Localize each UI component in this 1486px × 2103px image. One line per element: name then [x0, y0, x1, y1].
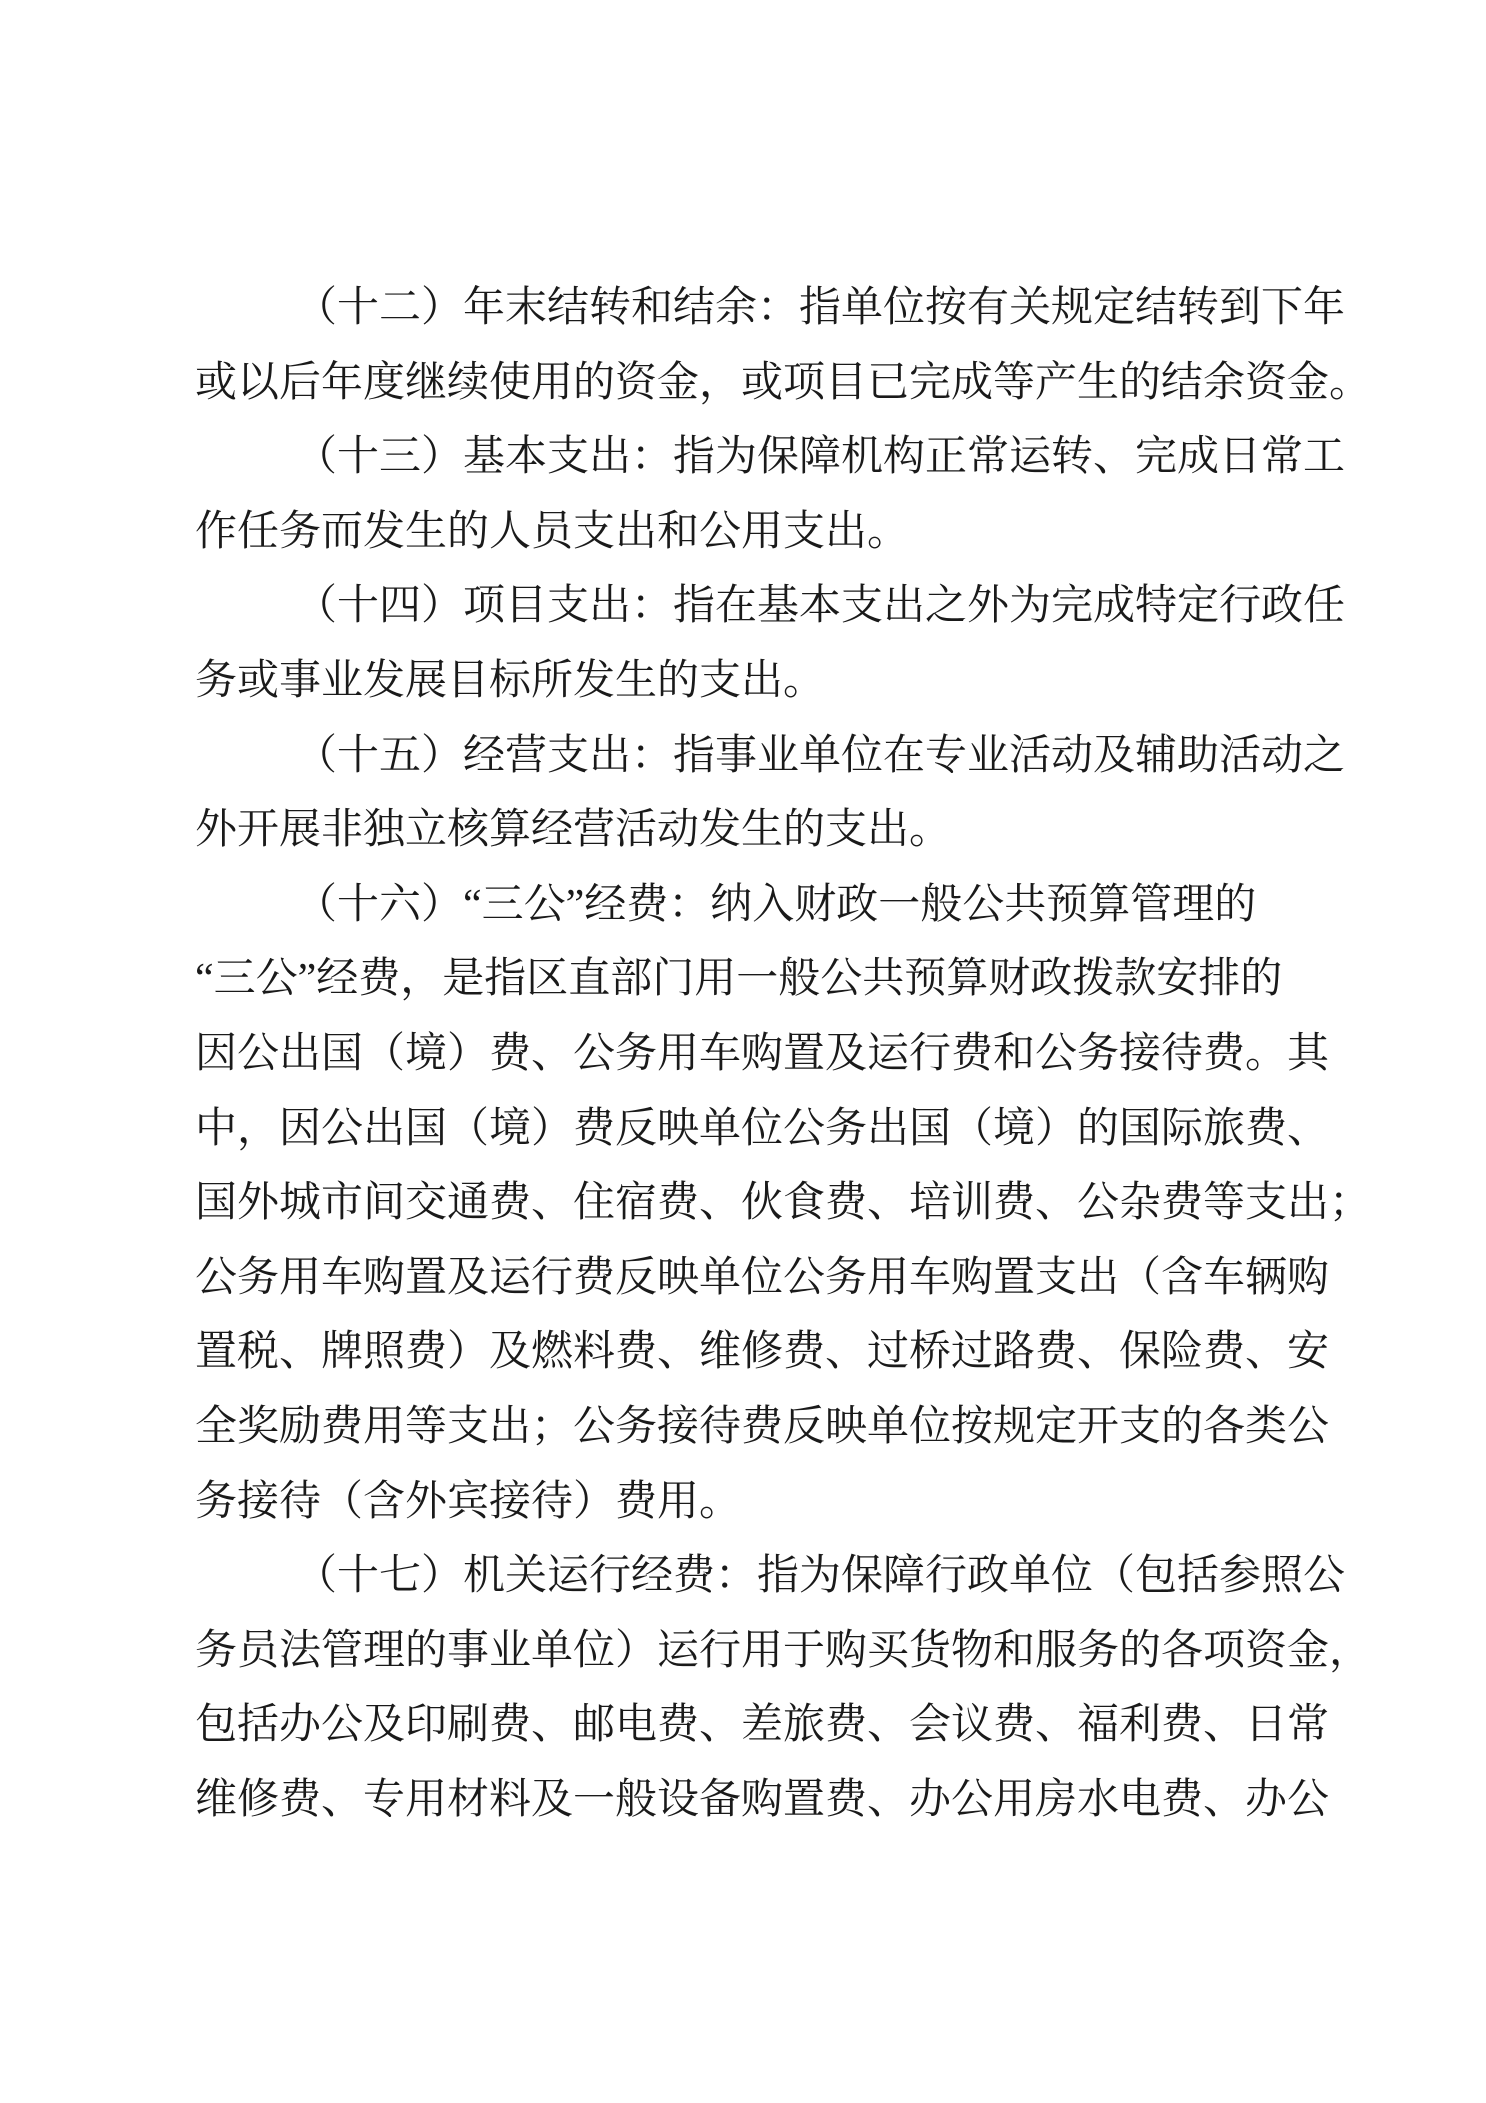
- doc-line-13: 国外城市间交通费、住宿费、伙食费、培训费、公杂费等支出；: [195, 1166, 1375, 1241]
- doc-line-9: （十六）“三公”经费：纳入财政一般公共预算管理的: [195, 868, 1375, 943]
- doc-line-15: 置税、牌照费）及燃料费、维修费、过桥过路费、保险费、安: [195, 1315, 1375, 1390]
- doc-line-2: 或以后年度继续使用的资金，或项目已完成等产生的结余资金。: [195, 346, 1375, 421]
- doc-line-5: （十四）项目支出：指在基本支出之外为完成特定行政任: [195, 569, 1375, 644]
- doc-line-16: 全奖励费用等支出；公务接待费反映单位按规定开支的各类公: [195, 1390, 1375, 1465]
- document-page: （十二）年末结转和结余：指单位按有关规定结转到下年 或以后年度继续使用的资金，或…: [0, 0, 1486, 2103]
- doc-line-14: 公务用车购置及运行费反映单位公务用车购置支出（含车辆购: [195, 1241, 1375, 1316]
- doc-line-7: （十五）经营支出：指事业单位在专业活动及辅助活动之: [195, 719, 1375, 794]
- doc-line-20: 包括办公及印刷费、邮电费、差旅费、会议费、福利费、日常: [195, 1688, 1375, 1763]
- doc-line-19: 务员法管理的事业单位）运行用于购买货物和服务的各项资金，: [195, 1614, 1375, 1689]
- doc-line-6: 务或事业发展目标所发生的支出。: [195, 644, 1375, 719]
- doc-line-17: 务接待（含外宾接待）费用。: [195, 1465, 1375, 1540]
- doc-line-10: “三公”经费，是指区直部门用一般公共预算财政拨款安排的: [195, 942, 1375, 1017]
- doc-line-3: （十三）基本支出：指为保障机构正常运转、完成日常工: [195, 420, 1375, 495]
- doc-line-12: 中，因公出国（境）费反映单位公务出国（境）的国际旅费、: [195, 1092, 1375, 1167]
- doc-line-8: 外开展非独立核算经营活动发生的支出。: [195, 793, 1375, 868]
- doc-line-4: 作任务而发生的人员支出和公用支出。: [195, 495, 1375, 570]
- doc-line-11: 因公出国（境）费、公务用车购置及运行费和公务接待费。其: [195, 1017, 1375, 1092]
- doc-line-18: （十七）机关运行经费：指为保障行政单位（包括参照公: [195, 1539, 1375, 1614]
- doc-line-21: 维修费、专用材料及一般设备购置费、办公用房水电费、办公: [195, 1763, 1375, 1838]
- doc-line-1: （十二）年末结转和结余：指单位按有关规定结转到下年: [195, 271, 1375, 346]
- document-body: （十二）年末结转和结余：指单位按有关规定结转到下年 或以后年度继续使用的资金，或…: [195, 271, 1375, 1837]
